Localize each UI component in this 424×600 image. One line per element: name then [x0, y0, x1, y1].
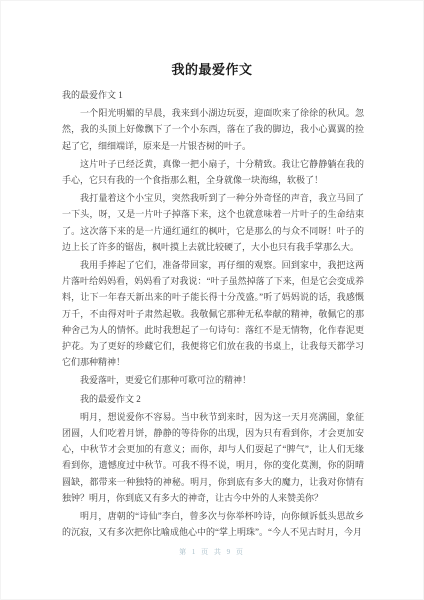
document-body: 我的最爱作文 1 一个阳光明媚的早晨，我来到小湖边玩耍，迎面吹来了徐徐的秋风。忽… — [62, 87, 364, 542]
essay-1-paragraph: 我打量着这个小宝贝，突然我听到了一种分外奇怪的声音，我立马回了一下头，呀，又是一… — [62, 190, 364, 255]
essay-2-heading: 我的最爱作文 2 — [62, 391, 364, 407]
essay-1-paragraph: 这片叶子已经泛黄，真像一把小扇子，十分精致。我让它静静躺在我的手心，它只有我的一… — [62, 156, 364, 188]
essay-2-paragraph: 明月，想说爱你不容易。当中秋节到来时，因为这一天月亮满圆，象征团圆，人们吃着月饼… — [62, 409, 364, 506]
page-number-indicator: 第 1 页 共 9 页 — [1, 547, 423, 557]
essay-1-paragraph: 我爱落叶，更爱它们那种可歌可泣的精神！ — [62, 372, 364, 388]
document-page: 我的最爱作文 我的最爱作文 1 一个阳光明媚的早晨，我来到小湖边玩耍，迎面吹来了… — [0, 0, 424, 600]
essay-1-paragraph: 我用手捧起了它们，准备带回家，再仔细的观察。回到家中，我把这两片落叶给妈妈看，妈… — [62, 257, 364, 370]
essay-2-paragraph: 明月，唐朝的“诗仙”李白，曾多次与你举杯吟诗，向你倾诉低头思故乡的沉寂，又有多次… — [62, 508, 364, 540]
document-title: 我的最爱作文 — [1, 59, 423, 78]
essay-1-paragraph: 一个阳光明媚的早晨，我来到小湖边玩耍，迎面吹来了徐徐的秋风。忽然，我的头顶上好像… — [62, 105, 364, 154]
essay-1-heading: 我的最爱作文 1 — [62, 87, 364, 103]
